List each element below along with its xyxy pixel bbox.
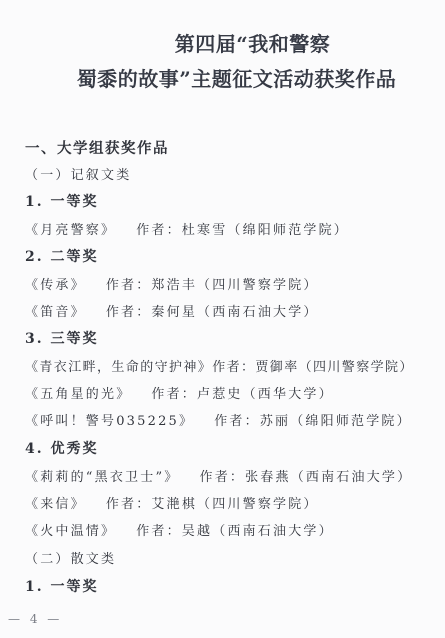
entry-title: 《火中温情》 <box>25 524 116 539</box>
entry-row: 《呼叫！警号035225》作者：苏丽（绵阳师范学院） <box>25 410 412 429</box>
entry-row: 《青衣江畔，生命的守护神》作者：贾御率（四川警察学院） <box>25 356 414 375</box>
entry-title: 《传承》 <box>25 278 86 293</box>
entry-author: 作者：艾滟棋（四川警察学院） <box>106 497 319 512</box>
entry-title: 《莉莉的“黑衣卫士”》 <box>25 470 180 485</box>
award-heading-third-prize: 3. 三等奖 <box>25 328 99 348</box>
entry-title: 《来信》 <box>25 497 86 512</box>
section-heading: 一、大学组获奖作品 <box>25 137 169 158</box>
entry-author: 作者：张春燕（西南石油大学） <box>200 470 413 485</box>
award-heading-excellence-prize: 4. 优秀奖 <box>25 438 99 458</box>
entry-title: 《五角星的光》 <box>25 387 131 402</box>
entry-title: 《月亮警察》 <box>25 223 116 238</box>
entry-author: 作者：苏丽（绵阳师范学院） <box>214 414 412 429</box>
page-number: — 4 — <box>8 612 62 626</box>
entry-author: 作者：秦何星（西南石油大学） <box>106 305 319 320</box>
entry-row: 《来信》作者：艾滟棋（四川警察学院） <box>25 493 319 512</box>
award-heading-first-prize: 1. 一等奖 <box>25 576 99 596</box>
entry-row: 《莉莉的“黑衣卫士”》作者：张春燕（西南石油大学） <box>25 466 412 485</box>
document-page: 第四届“我和警察 蜀黍的故事”主题征文活动获奖作品 一、大学组获奖作品 （一）记… <box>0 0 445 638</box>
award-heading-second-prize: 2. 二等奖 <box>25 246 99 266</box>
entry-author: 作者：贾御率（四川警察学院） <box>212 360 414 375</box>
entry-author: 作者：卢惹史（西华大学） <box>151 387 333 402</box>
category-heading-narrative: （一）记叙文类 <box>25 164 131 183</box>
entry-row: 《笛音》作者：秦何星（西南石油大学） <box>25 301 319 320</box>
award-heading-first-prize: 1. 一等奖 <box>25 191 99 211</box>
entry-author: 作者：杜寒雪（绵阳师范学院） <box>136 223 349 238</box>
document-title-line-2: 蜀黍的故事”主题征文活动获奖作品 <box>14 63 445 92</box>
entry-title: 《青衣江畔，生命的守护神》 <box>25 360 212 375</box>
entry-row: 《月亮警察》作者：杜寒雪（绵阳师范学院） <box>25 219 349 238</box>
entry-title: 《笛音》 <box>25 305 86 320</box>
entry-author: 作者：郑浩丰（四川警察学院） <box>106 278 319 293</box>
entry-author: 作者：吴越（西南石油大学） <box>136 524 334 539</box>
entry-row: 《五角星的光》作者：卢惹史（西华大学） <box>25 383 334 402</box>
entry-row: 《传承》作者：郑浩丰（四川警察学院） <box>25 274 319 293</box>
entry-row: 《火中温情》作者：吴越（西南石油大学） <box>25 520 334 539</box>
category-heading-prose: （二）散文类 <box>25 548 116 567</box>
entry-title: 《呼叫！警号035225》 <box>25 414 194 429</box>
document-title-line-1: 第四届“我和警察 <box>30 28 445 57</box>
